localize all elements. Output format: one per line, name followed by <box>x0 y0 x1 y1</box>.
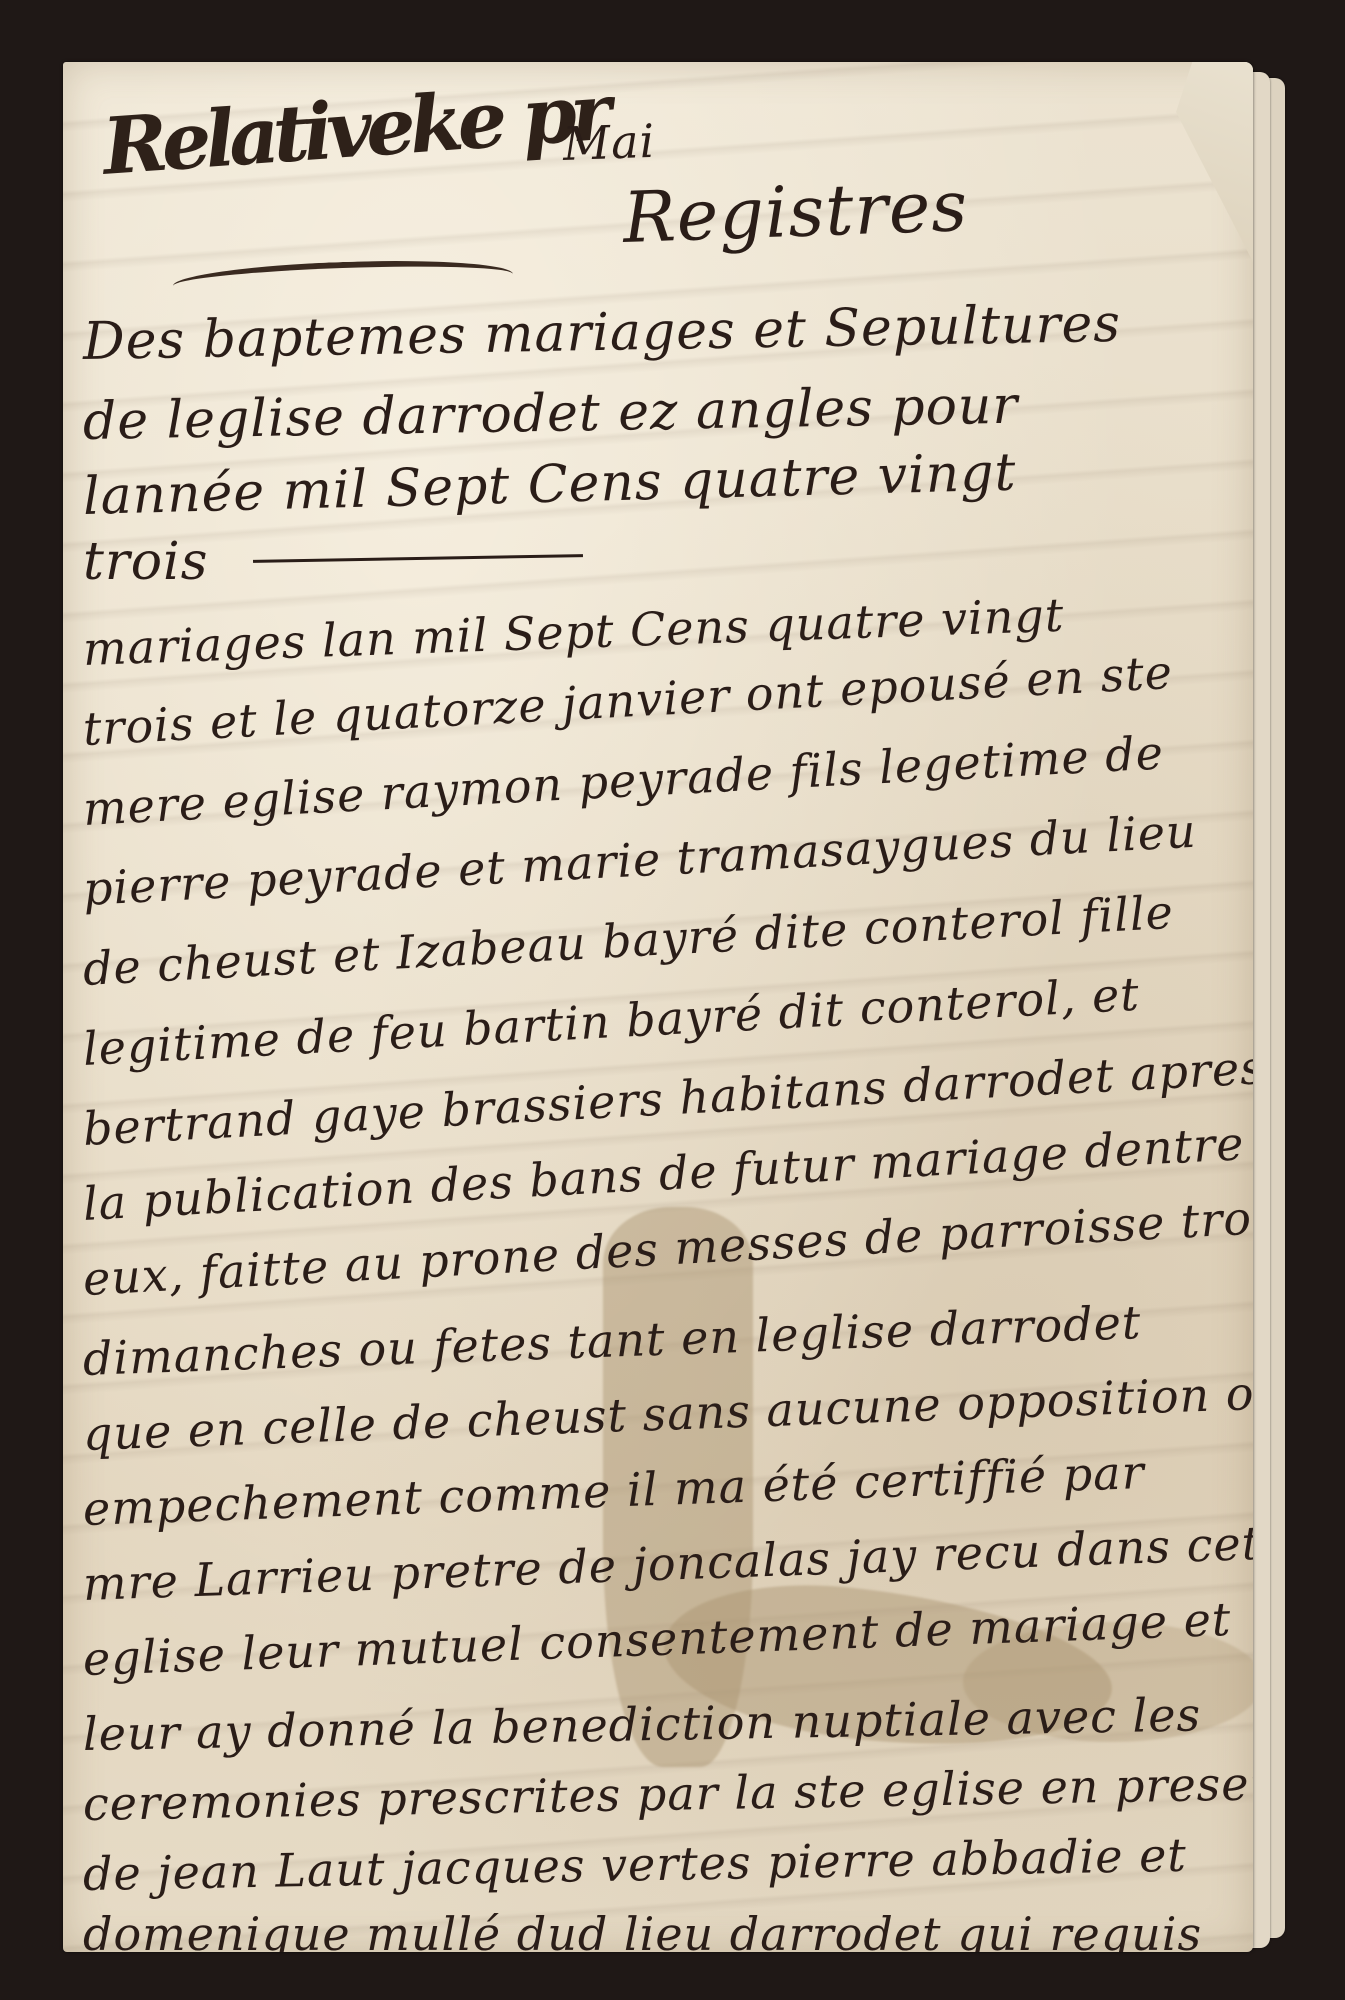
body-line-18: domenique mullé dud lieu darrodet qui re… <box>83 1907 1202 1952</box>
body-line-17: de jean Laut jacques vertes pierre abbad… <box>83 1828 1188 1901</box>
manuscript-scan: Relativeke pr Mai Registres Des baptemes… <box>0 0 1345 2000</box>
body-line-10: dimanches ou fetes tant en leglise darro… <box>82 1295 1142 1386</box>
decorative-flourish <box>172 256 513 304</box>
intro-line-1: Des baptemes mariages et Sepultures <box>82 294 1121 372</box>
folded-corner <box>1172 62 1253 262</box>
intro-line-3: lannée mil Sept Cens quatre vingt <box>82 443 1017 527</box>
page-title: Registres <box>622 165 970 259</box>
body-line-15: leur ay donné la benediction nuptiale av… <box>83 1687 1202 1761</box>
body-line-14: eglise leur mutuel consentement de maria… <box>82 1592 1232 1686</box>
intro-line-4: trois <box>83 532 208 592</box>
body-line-16: ceremonies prescrites par la ste eglise … <box>83 1755 1253 1831</box>
intro-line-2: de leglise darrodet ez angles pour <box>82 376 1018 452</box>
manuscript-page: Relativeke pr Mai Registres Des baptemes… <box>63 62 1253 1952</box>
heading-flourish: Relativeke pr <box>100 67 609 193</box>
divider-line <box>253 554 583 563</box>
body-line-12: empechement comme il ma été certiffié pa… <box>82 1445 1145 1536</box>
heading-superscript: Mai <box>562 114 656 171</box>
